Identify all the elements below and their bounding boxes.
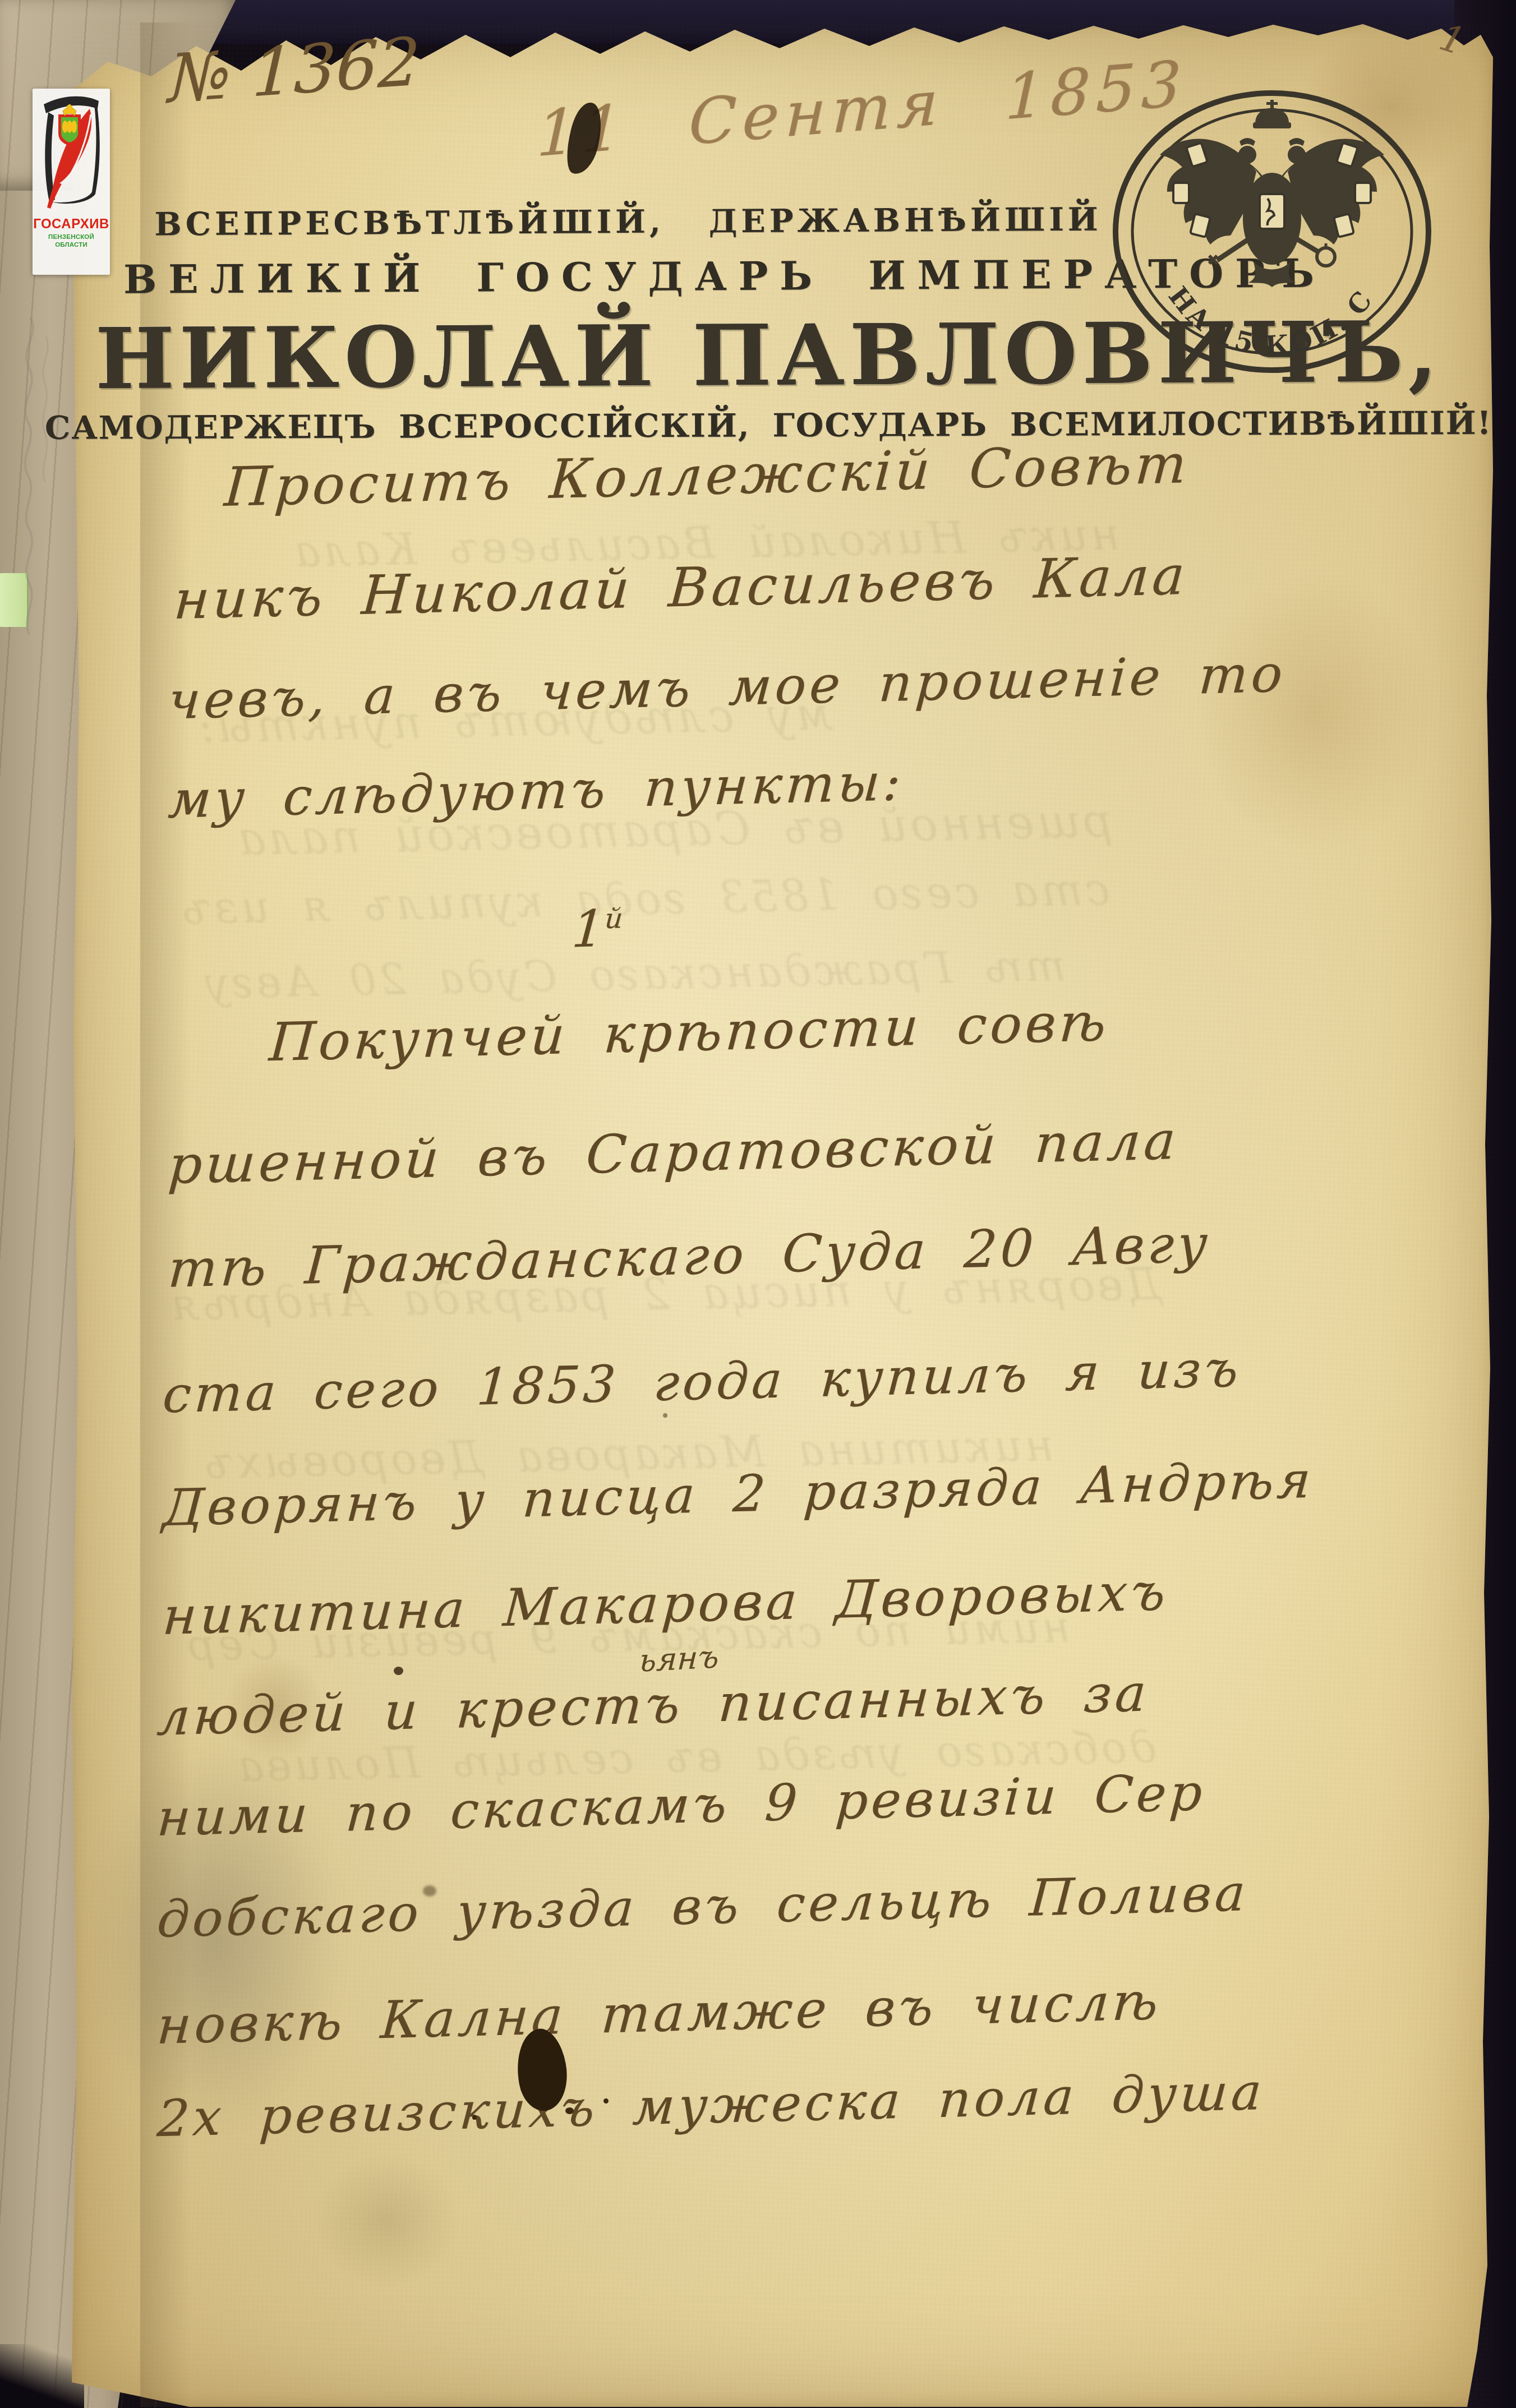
ink-speck [472, 2115, 477, 2120]
letterhead-imperial-name: НИКОЛАЙ ПАВЛОВИЧЪ, [95, 305, 1173, 408]
ink-speck [423, 1885, 436, 1897]
penza-crest-icon [58, 104, 81, 146]
logo-title: ГОСАРХИВ [33, 218, 109, 231]
double-eagle-icon [1160, 100, 1384, 287]
point-marker-number: 1 [570, 899, 606, 959]
doc-number: № 1362 [167, 28, 421, 112]
ink-speck [603, 2098, 609, 2103]
ink-speck [663, 1413, 667, 1418]
point-marker-ordinal: й [603, 902, 624, 935]
price-stamp: ЦѢНА 15 КОП. СЕР. [1106, 84, 1438, 388]
point-marker: 1й [570, 903, 624, 955]
quill-and-crest-icon [36, 92, 107, 216]
letterhead-line-2: ВЕЛИКІЙ ГОСУДАРЬ ИМПЕРАТОРЪ [123, 251, 1133, 302]
archive-watermark: ГОСАРХИВ ПЕНЗЕНСКОЙ ОБЛАСТИ [33, 89, 110, 275]
letterhead-line-1: ВСЕПРЕСВѢТЛѢЙШІЙ, ДЕРЖАВНѢЙШІЙ [135, 200, 1122, 243]
document-scan: ГОСАРХИВ ПЕНЗЕНСКОЙ ОБЛАСТИ [0, 0, 1516, 2408]
logo-subtitle: ПЕНЗЕНСКОЙ ОБЛАСТИ [33, 233, 110, 250]
interlinear-insertion: ьянъ [638, 1639, 720, 1680]
scan-background-corner [0, 2344, 84, 2408]
pencil-marginalia [9, 314, 59, 639]
ink-speck [394, 1667, 403, 1675]
ink-speck [565, 2107, 574, 2114]
